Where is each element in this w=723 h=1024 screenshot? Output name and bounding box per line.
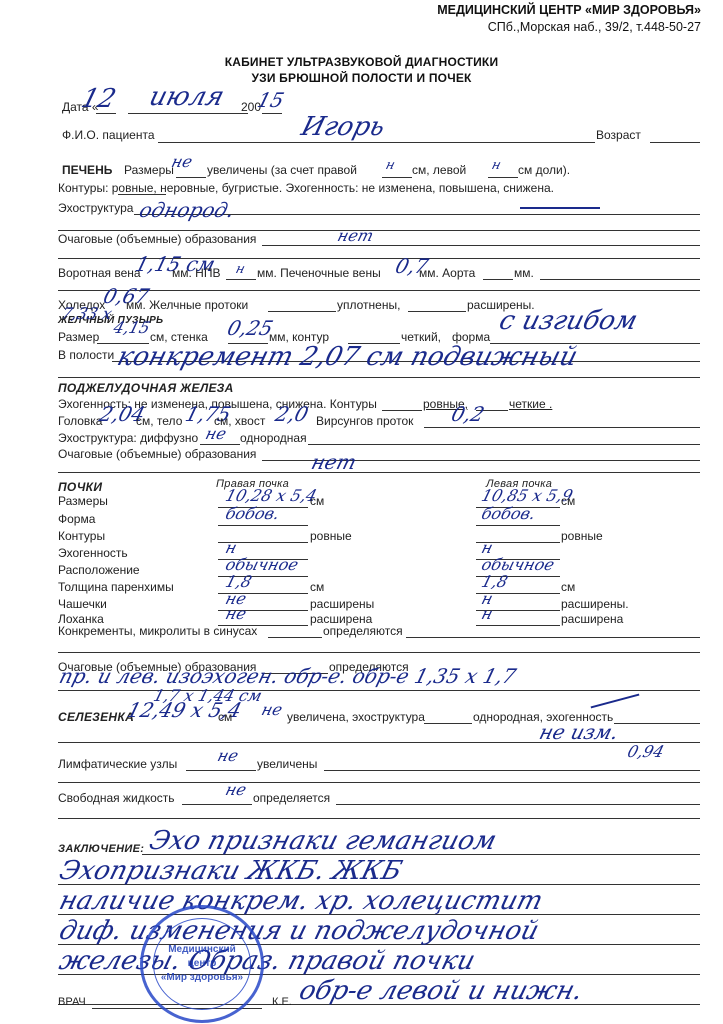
kidney-row-label: Расположение	[58, 563, 140, 577]
lymph-value[interactable]: не	[215, 746, 240, 765]
patient-name-value[interactable]: Игорь	[298, 112, 388, 142]
ivc-value[interactable]: н	[234, 262, 247, 277]
gallbladder-size-value[interactable]: 4,15	[111, 318, 152, 337]
spleen-enlarged-value[interactable]: не	[259, 700, 284, 719]
left-kidney-suffix: см	[561, 580, 575, 594]
liver-focal-value[interactable]: нет	[335, 226, 375, 245]
calculi-label: Конкременты, микролиты в синусах	[58, 624, 257, 638]
kidney-row-label: Размеры	[58, 494, 108, 508]
date-month-value[interactable]: июля	[146, 82, 227, 112]
conclusion-line[interactable]: Эхопризнаки ЖКБ. ЖКБ	[56, 856, 405, 886]
spleen-heading: СЕЛЕЗЕНКА	[58, 710, 134, 724]
spleen-size-unit: см	[218, 710, 232, 724]
liver-left-lobe-value[interactable]: н	[490, 158, 503, 173]
conclusion-label: ЗАКЛЮЧЕНИЕ:	[58, 843, 144, 855]
conclusion-line[interactable]: диф. изменения и поджелудочной	[56, 916, 542, 946]
aorta-unit: мм.	[514, 266, 534, 280]
liver-echostructure-label: Эхоструктура	[58, 201, 133, 215]
gallbladder-cavity-label: В полости	[58, 348, 114, 362]
liver-echostructure-value[interactable]: однород.	[137, 198, 237, 222]
liver-cm2: см доли).	[518, 163, 570, 177]
liver-size-text: увеличены (за счет правой	[207, 163, 357, 177]
lymph-label: Лимфатические узлы	[58, 757, 177, 771]
spleen-enlarged-text: увеличена, эхоструктура	[287, 710, 425, 724]
gallbladder-shape-value[interactable]: с изгибом	[496, 306, 641, 336]
liver-size-value[interactable]: не	[169, 152, 194, 171]
conclusion-line[interactable]: железы. Образ. правой почки	[56, 946, 478, 976]
spleen-echogenicity-value[interactable]: не изм.	[537, 720, 622, 744]
choledochus-unit: мм. Желчные протоки	[126, 298, 248, 312]
right-kidney-suffix: см	[310, 580, 324, 594]
date-year-value[interactable]: 15	[255, 88, 287, 112]
name-label: Ф.И.О. пациента	[62, 128, 155, 142]
fluid-text: определяется	[253, 791, 330, 805]
doctor-name: К.Е.	[272, 996, 292, 1008]
hepatic-veins-unit: мм. Аорта	[419, 266, 475, 280]
conclusion-line[interactable]: обр-е левой и нижн.	[296, 976, 586, 1006]
portal-vein-unit: мм. НПВ	[172, 266, 220, 280]
conclusion-line[interactable]: наличие конкрем. хр. холецистит	[56, 886, 546, 916]
calculi-text: определяются	[323, 624, 403, 638]
gallbladder-cavity-value[interactable]: конкремент 2,07 см подвижный	[114, 342, 581, 372]
left-kidney-suffix: ровные	[561, 529, 603, 543]
liver-size-label: Размеры	[124, 163, 174, 177]
left-kidney-suffix: расширены.	[561, 597, 629, 611]
pancreas-echostructure-label: Эхоструктура: диффузно	[58, 431, 198, 445]
clinic-header: МЕДИЦИНСКИЙ ЦЕНТР «МИР ЗДОРОВЬЯ» СПб.,Мо…	[437, 2, 701, 36]
date-day-value[interactable]: 12	[78, 84, 119, 114]
pancreas-tail-value[interactable]: 2,0	[273, 402, 311, 426]
right-kidney-suffix: ровные	[310, 529, 352, 543]
kidney-row-label: Эхогенность	[58, 546, 128, 560]
pancreas-focal-label: Очаговые (объемные) образования	[58, 447, 256, 461]
kidney-row-label: Форма	[58, 512, 95, 526]
left-kidney-suffix: расширена	[561, 612, 623, 626]
liver-right-lobe-value[interactable]: н	[384, 158, 397, 173]
kidney-focal-note-1[interactable]: пр. и лев. изоэхоген. обр-е. обр-е 1,35 …	[57, 664, 519, 688]
wirsung-label: Вирсунгов проток	[316, 414, 413, 428]
kidney-row-label: Чашечки	[58, 597, 107, 611]
right-kidney-value[interactable]: не	[223, 604, 248, 623]
gallbladder-size-prefix[interactable]: 7,33 х	[59, 304, 114, 323]
clinic-address: СПб.,Морская наб., 39/2, т.448-50-27	[437, 19, 701, 36]
kidney-row-label: Контуры	[58, 529, 105, 543]
right-kidney-value[interactable]: 10,28 х 5,4	[223, 486, 319, 505]
fluid-label: Свободная жидкость	[58, 791, 175, 805]
left-kidney-value[interactable]: бобов.	[479, 504, 537, 523]
pancreas-echostructure-text: однородная	[240, 431, 307, 445]
left-kidney-suffix: см	[561, 494, 575, 508]
stamp-line-2: центр	[143, 958, 261, 969]
pancreas-heading: ПОДЖЕЛУДОЧНАЯ ЖЕЛЕЗА	[58, 381, 234, 395]
liver-contours-line: Контуры: ровные, неровные, бугристые. Эх…	[58, 181, 554, 195]
pancreas-echostructure-value[interactable]: не	[203, 424, 228, 443]
wirsung-value[interactable]: 0,2	[449, 402, 487, 426]
spleen-note[interactable]: 0,94	[625, 742, 666, 761]
right-kidney-suffix: расширены	[310, 597, 374, 611]
fluid-value[interactable]: не	[223, 780, 248, 799]
doctor-label: ВРАЧ	[58, 996, 86, 1008]
pancreas-focal-value[interactable]: нет	[309, 450, 359, 474]
stamp-line-1: Медицинский	[143, 944, 261, 955]
right-kidney-value[interactable]: бобов.	[223, 504, 281, 523]
lymph-text: увеличены	[257, 757, 317, 771]
ivc-unit: мм. Печеночные вены	[257, 266, 381, 280]
liver-focal-label: Очаговые (объемные) образования	[58, 232, 256, 246]
clinic-name: МЕДИЦИНСКИЙ ЦЕНТР «МИР ЗДОРОВЬЯ»	[437, 2, 701, 19]
form-title: КАБИНЕТ УЛЬТРАЗВУКОВОЙ ДИАГНОСТИКИ	[0, 54, 723, 70]
ducts-compacted: уплотнены,	[337, 298, 400, 312]
right-kidney-suffix: см	[310, 494, 324, 508]
kidney-row-label: Толщина паренхимы	[58, 580, 174, 594]
liver-cm1: см, левой	[412, 163, 466, 177]
portal-vein-label: Воротная вена	[58, 266, 141, 280]
age-label: Возраст	[596, 128, 641, 142]
conclusion-line[interactable]: Эхо признаки гемангиом	[146, 826, 500, 856]
liver-heading: ПЕЧЕНЬ	[62, 163, 112, 177]
stamp-line-3: «Мир здоровья»	[143, 972, 261, 983]
pancreas-head-unit: см, тело	[136, 414, 182, 428]
kidneys-heading: ПОЧКИ	[58, 480, 102, 494]
clinic-stamp: Медицинский центр «Мир здоровья»	[140, 905, 264, 1023]
gallbladder-size-label: Размер	[58, 330, 99, 344]
pancreas-contour-clear: четкие .	[509, 397, 552, 411]
